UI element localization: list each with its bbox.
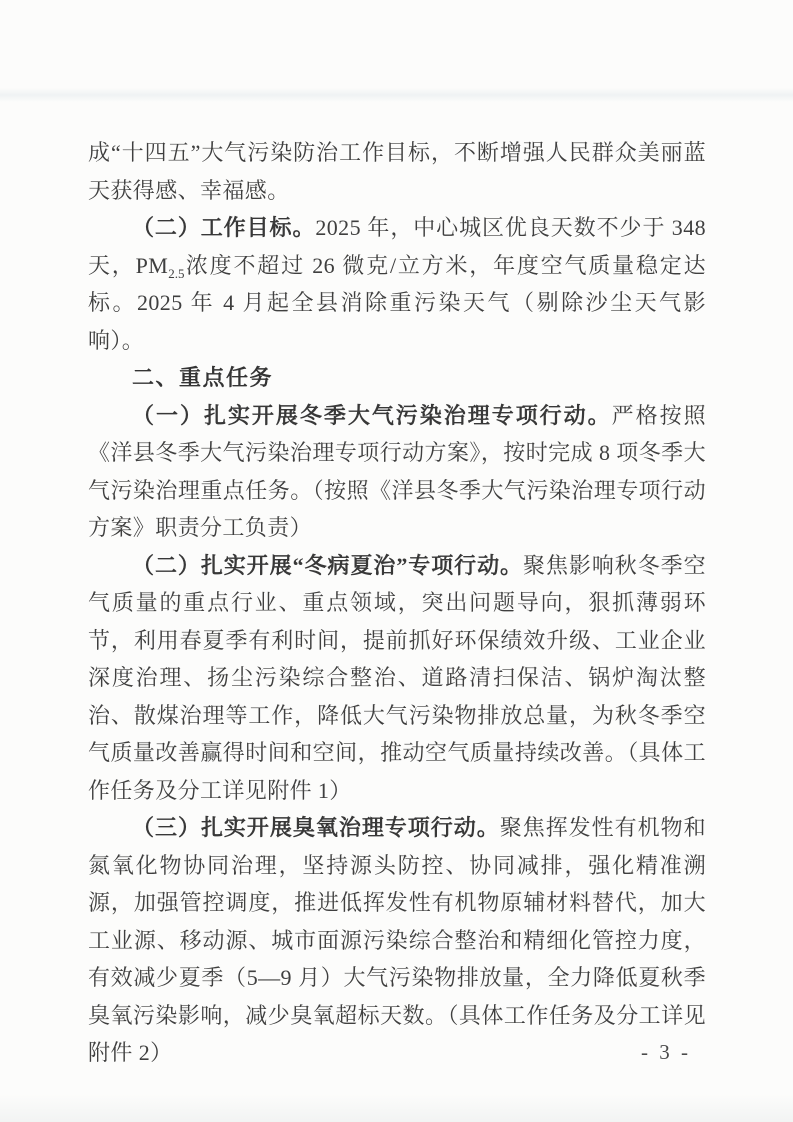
paragraph-task-winter: （一）扎实开展冬季大气污染治理专项行动。严格按照《洋县冬季大气污染治理专项行动方… bbox=[88, 397, 706, 547]
scan-artifact-band-top bbox=[0, 88, 793, 102]
paragraph-task-ozone-text: 聚焦挥发性有机物和氮氧化物协同治理，坚持源头防控、协同减排，强化精准溯源，加强管… bbox=[88, 815, 706, 1065]
paragraph-task-winter-lead: （一）扎实开展冬季大气污染治理专项行动。 bbox=[132, 403, 612, 428]
paragraph-task-ozone: （三）扎实开展臭氧治理专项行动。聚焦挥发性有机物和氮氧化物协同治理，坚持源头防控… bbox=[88, 809, 706, 1072]
paragraph-work-goal-lead: （二）工作目标。 bbox=[132, 215, 315, 240]
paragraph-task-ozone-lead: （三）扎实开展臭氧治理专项行动。 bbox=[132, 815, 500, 840]
section-heading-key-tasks: 二、重点任务 bbox=[88, 359, 706, 397]
page-number: - 3 - bbox=[641, 1040, 691, 1065]
document-body: 成“十四五”大气污染防治工作目标，不断增强人民群众美丽蓝天获得感、幸福感。 （二… bbox=[88, 134, 706, 1072]
paragraph-continuation: 成“十四五”大气污染防治工作目标，不断增强人民群众美丽蓝天获得感、幸福感。 bbox=[88, 134, 706, 209]
paragraph-work-goal: （二）工作目标。2025 年，中心城区优良天数不少于 348 天，PM2.5浓度… bbox=[88, 209, 706, 359]
scan-artifact-band-bottom bbox=[0, 1094, 793, 1122]
paragraph-task-wdsc-text: 聚焦影响秋冬季空气质量的重点行业、重点领域，突出问题导向，狠抓薄弱环节，利用春夏… bbox=[88, 553, 706, 803]
paragraph-task-wdsc-lead: （二）扎实开展“冬病夏治”专项行动。 bbox=[132, 553, 523, 578]
pm25-subscript: 2.5 bbox=[168, 266, 184, 281]
paragraph-task-winter-disease-summer-cure: （二）扎实开展“冬病夏治”专项行动。聚焦影响秋冬季空气质量的重点行业、重点领域，… bbox=[88, 547, 706, 810]
